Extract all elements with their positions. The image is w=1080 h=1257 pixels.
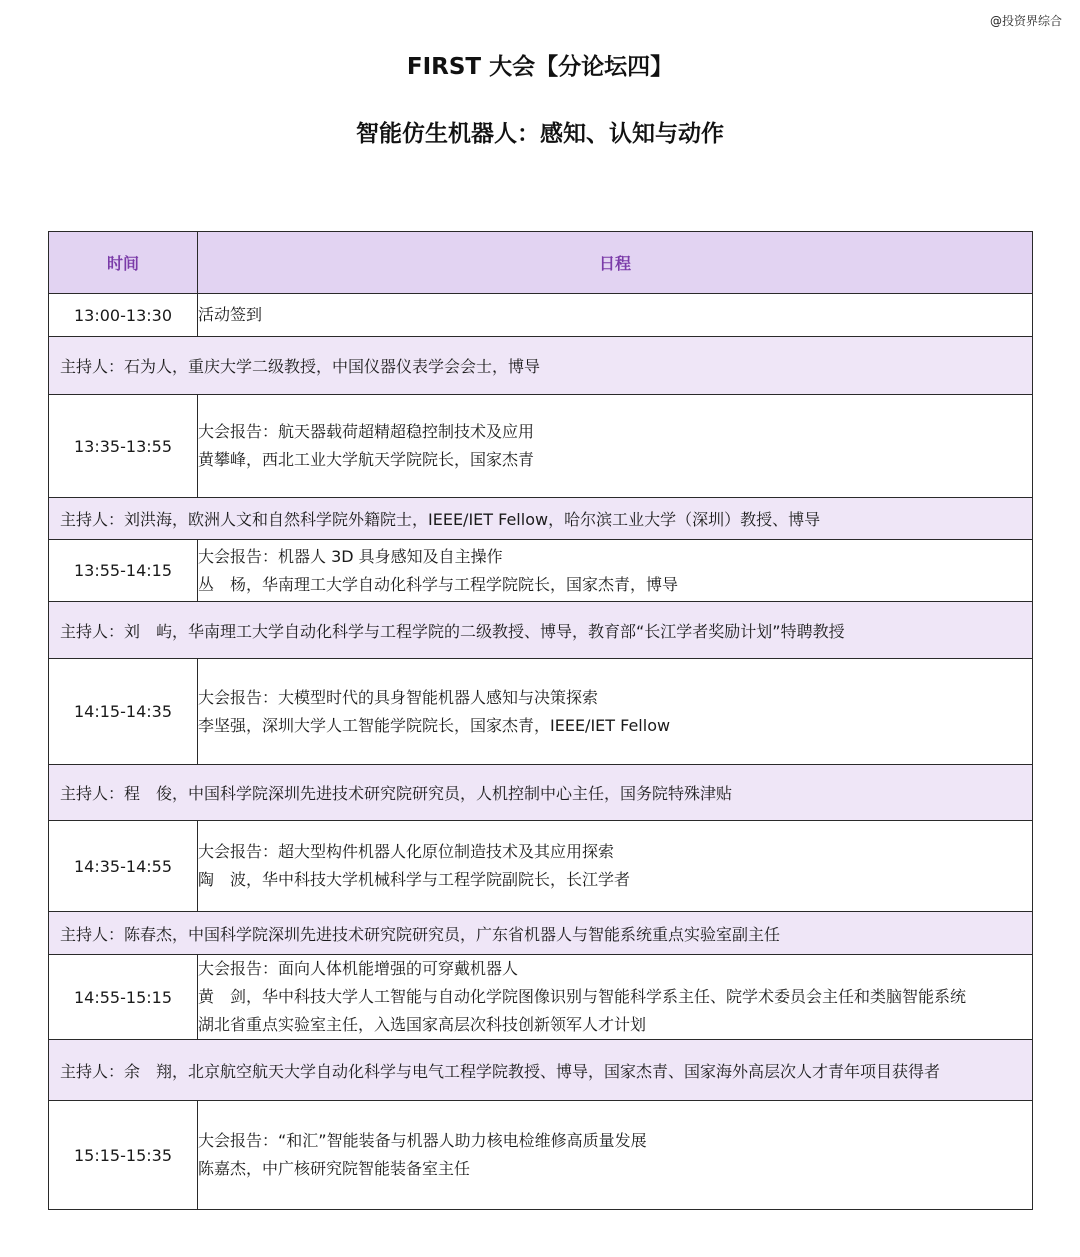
- host-text: 主持人：程 俊，中国科学院深圳先进技术研究院研究员，人机控制中心主任，国务院特殊…: [49, 765, 1033, 821]
- session-time: 14:15-14:35: [49, 659, 198, 765]
- session-speaker: 丛 杨，华南理工大学自动化科学与工程学院院长，国家杰青，博导: [198, 571, 1032, 599]
- session-speaker: 陶 波，华中科技大学机械科学与工程学院副院长，长江学者: [198, 866, 1032, 894]
- session-schedule: 大会报告：“和汇”智能装备与机器人助力核电检维修高质量发展陈嘉杰，中广核研究院智…: [198, 1101, 1033, 1210]
- header-time: 时间: [49, 232, 198, 294]
- session-speaker: 黄攀峰，西北工业大学航天学院院长，国家杰青: [198, 446, 1032, 474]
- host-row: 主持人：石为人，重庆大学二级教授，中国仪器仪表学会会士，博导: [49, 337, 1033, 395]
- session-topic: 大会报告：面向人体机能增强的可穿戴机器人: [198, 955, 1032, 983]
- session-row: 14:55-15:15大会报告：面向人体机能增强的可穿戴机器人黄 剑，华中科技大…: [49, 955, 1033, 1040]
- session-topic: 大会报告：机器人 3D 具身感知及自主操作: [198, 543, 1032, 571]
- session-schedule: 大会报告：机器人 3D 具身感知及自主操作丛 杨，华南理工大学自动化科学与工程学…: [198, 540, 1033, 602]
- session-time: 13:35-13:55: [49, 395, 198, 498]
- agenda-table: 时间 日程 13:00-13:30活动签到主持人：石为人，重庆大学二级教授，中国…: [48, 231, 1033, 1210]
- host-row: 主持人：刘 屿，华南理工大学自动化科学与工程学院的二级教授、博导，教育部“长江学…: [49, 602, 1033, 659]
- page-subtitle: 智能仿生机器人：感知、认知与动作: [0, 115, 1080, 148]
- agenda-body: 13:00-13:30活动签到主持人：石为人，重庆大学二级教授，中国仪器仪表学会…: [49, 294, 1033, 1210]
- session-topic: 大会报告：航天器载荷超精超稳控制技术及应用: [198, 418, 1032, 446]
- session-topic: 活动签到: [198, 301, 1032, 329]
- session-speaker: 黄 剑，华中科技大学人工智能与自动化学院图像识别与智能科学系主任、院学术委员会主…: [198, 983, 1032, 1011]
- session-topic: 大会报告：大模型时代的具身智能机器人感知与决策探索: [198, 684, 1032, 712]
- session-time: 14:55-15:15: [49, 955, 198, 1040]
- host-text: 主持人：余 翔，北京航空航天大学自动化科学与电气工程学院教授、博导，国家杰青、国…: [49, 1040, 1033, 1101]
- session-time: 13:00-13:30: [49, 294, 198, 337]
- host-text: 主持人：石为人，重庆大学二级教授，中国仪器仪表学会会士，博导: [49, 337, 1033, 395]
- session-time: 14:35-14:55: [49, 821, 198, 912]
- session-speaker: 湖北省重点实验室主任，入选国家高层次科技创新领军人才计划: [198, 1011, 1032, 1039]
- session-speaker: 李坚强，深圳大学人工智能学院院长，国家杰青，IEEE/IET Fellow: [198, 712, 1032, 740]
- session-row: 15:15-15:35大会报告：“和汇”智能装备与机器人助力核电检维修高质量发展…: [49, 1101, 1033, 1210]
- session-time: 13:55-14:15: [49, 540, 198, 602]
- session-schedule: 大会报告：超大型构件机器人化原位制造技术及其应用探索陶 波，华中科技大学机械科学…: [198, 821, 1033, 912]
- session-topic: 大会报告：超大型构件机器人化原位制造技术及其应用探索: [198, 838, 1032, 866]
- session-row: 13:35-13:55大会报告：航天器载荷超精超稳控制技术及应用黄攀峰，西北工业…: [49, 395, 1033, 498]
- session-row: 13:00-13:30活动签到: [49, 294, 1033, 337]
- session-row: 14:15-14:35大会报告：大模型时代的具身智能机器人感知与决策探索李坚强，…: [49, 659, 1033, 765]
- page-title: FIRST 大会【分论坛四】: [0, 48, 1080, 81]
- header-schedule: 日程: [198, 232, 1033, 294]
- watermark: @投资界综合: [990, 12, 1062, 29]
- host-text: 主持人：刘 屿，华南理工大学自动化科学与工程学院的二级教授、博导，教育部“长江学…: [49, 602, 1033, 659]
- host-row: 主持人：陈春杰，中国科学院深圳先进技术研究院研究员，广东省机器人与智能系统重点实…: [49, 912, 1033, 955]
- host-text: 主持人：陈春杰，中国科学院深圳先进技术研究院研究员，广东省机器人与智能系统重点实…: [49, 912, 1033, 955]
- session-schedule: 活动签到: [198, 294, 1033, 337]
- session-time: 15:15-15:35: [49, 1101, 198, 1210]
- host-row: 主持人：程 俊，中国科学院深圳先进技术研究院研究员，人机控制中心主任，国务院特殊…: [49, 765, 1033, 821]
- session-row: 13:55-14:15大会报告：机器人 3D 具身感知及自主操作丛 杨，华南理工…: [49, 540, 1033, 602]
- session-schedule: 大会报告：大模型时代的具身智能机器人感知与决策探索李坚强，深圳大学人工智能学院院…: [198, 659, 1033, 765]
- table-header-row: 时间 日程: [49, 232, 1033, 294]
- host-text: 主持人：刘洪海，欧洲人文和自然科学院外籍院士，IEEE/IET Fellow，哈…: [49, 498, 1033, 540]
- session-schedule: 大会报告：面向人体机能增强的可穿戴机器人黄 剑，华中科技大学人工智能与自动化学院…: [198, 955, 1033, 1040]
- session-speaker: 陈嘉杰，中广核研究院智能装备室主任: [198, 1155, 1032, 1183]
- session-schedule: 大会报告：航天器载荷超精超稳控制技术及应用黄攀峰，西北工业大学航天学院院长，国家…: [198, 395, 1033, 498]
- session-topic: 大会报告：“和汇”智能装备与机器人助力核电检维修高质量发展: [198, 1127, 1032, 1155]
- session-row: 14:35-14:55大会报告：超大型构件机器人化原位制造技术及其应用探索陶 波…: [49, 821, 1033, 912]
- host-row: 主持人：余 翔，北京航空航天大学自动化科学与电气工程学院教授、博导，国家杰青、国…: [49, 1040, 1033, 1101]
- host-row: 主持人：刘洪海，欧洲人文和自然科学院外籍院士，IEEE/IET Fellow，哈…: [49, 498, 1033, 540]
